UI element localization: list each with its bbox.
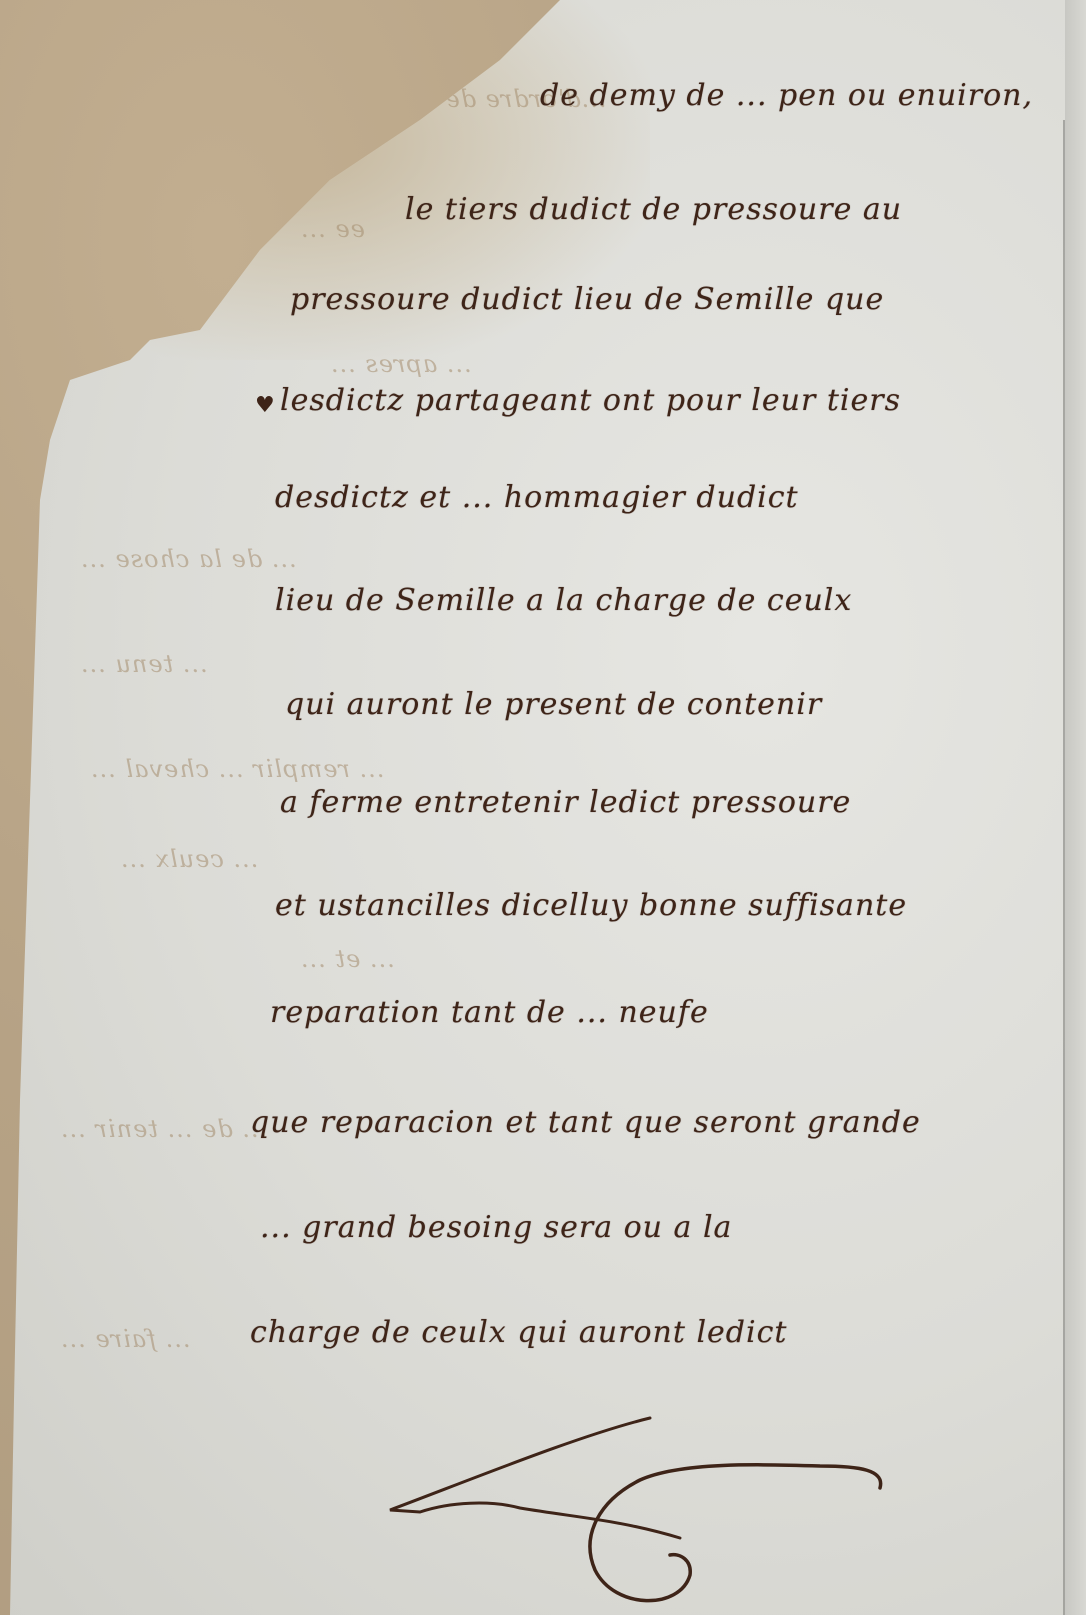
manuscript-line: desdictz et ... hommagier dudict: [275, 480, 799, 515]
bleed-through-text: ... faire ...: [60, 1325, 191, 1353]
manuscript-line: pressoure dudict lieu de Semille que: [290, 282, 884, 317]
heart-marginal-icon: ♥: [255, 393, 275, 418]
page-fold-line: [1063, 120, 1065, 1615]
bleed-through-text: ... tenu ...: [80, 650, 208, 678]
manuscript-line: lesdictz partageant ont pour leur tiers: [280, 383, 901, 418]
manuscript-line: ... grand besoing sera ou a la: [260, 1210, 732, 1245]
bleed-through-text: ... apres ...: [330, 350, 472, 378]
manuscript-line: le tiers dudict de pressoure au: [405, 192, 902, 227]
manuscript-line: et ustancilles dicelluy bonne suffisante: [275, 888, 907, 923]
bleed-through-text: ... de la chose ...: [80, 545, 297, 573]
manuscript-line: reparation tant de ... neufe: [270, 995, 709, 1030]
manuscript-line: lieu de Semille a la charge de ceulx: [275, 583, 852, 618]
bleed-through-text: ... de ... tenir ...: [60, 1115, 267, 1143]
page-fold-edge: [1065, 0, 1086, 1615]
manuscript-line: que reparacion et tant que seront grande: [250, 1105, 921, 1140]
manuscript-line: charge de ceulx qui auront ledict: [250, 1315, 787, 1350]
bleed-through-text: ... ceulx ...: [120, 845, 258, 873]
paraph-flourish-icon: [380, 1410, 920, 1610]
bleed-through-text: ee ...: [300, 215, 365, 243]
manuscript-line: qui auront le present de contenir: [285, 687, 822, 722]
manuscript-line: de demy de ... pen ou enuiron,: [540, 78, 1033, 113]
bleed-through-text: ... et ...: [300, 945, 395, 973]
manuscript-line: a ferme entretenir ledict pressoure: [280, 785, 851, 820]
bleed-through-text: ... remplir ... cheval ...: [90, 755, 384, 783]
